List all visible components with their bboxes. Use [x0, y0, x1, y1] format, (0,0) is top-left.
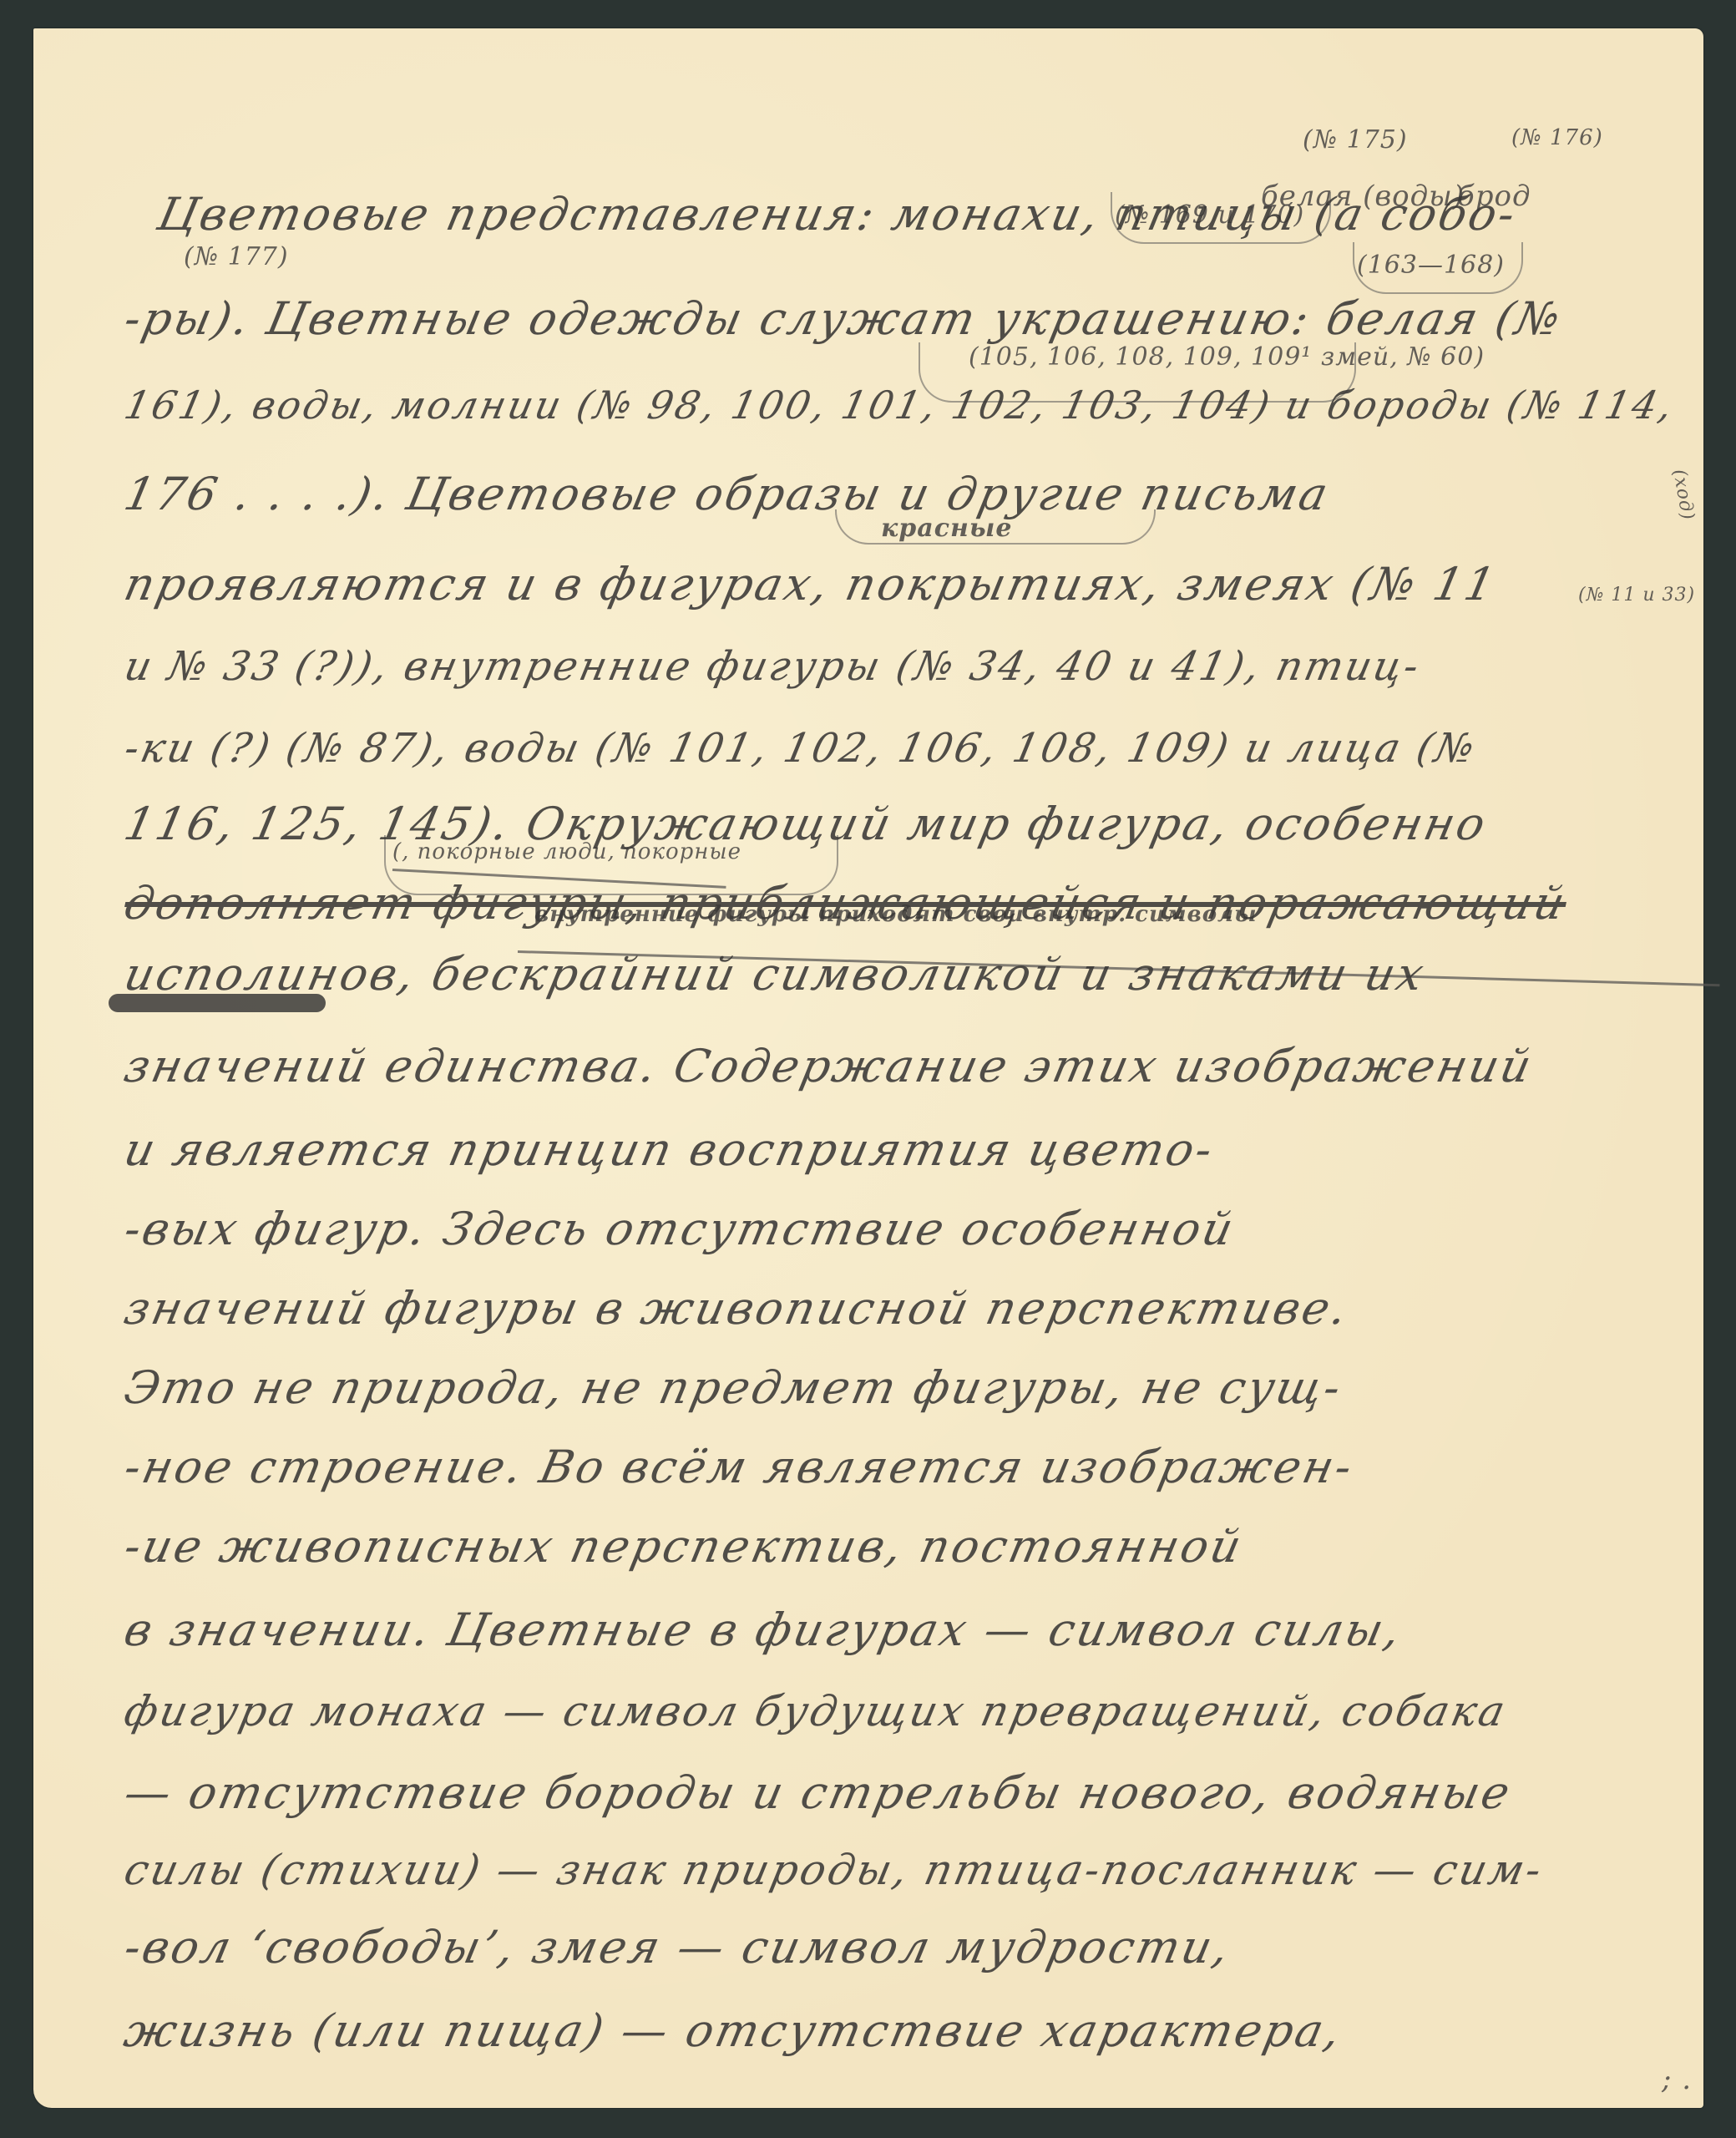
text-line-11: значений единства. Содержание этих изобр… [119, 1040, 1538, 1092]
text-line-3: 161), воды, молнии (№ 98, 100, 101, 102,… [120, 383, 1678, 428]
annotation-11-33: (№ 11 и 33) [1578, 585, 1695, 605]
text-line-2: -ры). Цветные одежды служат украшению: б… [119, 292, 1567, 345]
text-line-7: -ки (?) (№ 87), воды (№ 101, 102, 106, 1… [120, 725, 1480, 772]
text-line-14: значений фигуры в живописной перспективе… [119, 1282, 1354, 1335]
text-line-22: -вол ‘свободы’, змея — символ мудрости, [119, 1921, 1236, 1973]
annotation-175: (№ 175) [1303, 125, 1408, 155]
text-line-5: проявляются и в фигурах, покрытиях, змея… [119, 558, 1501, 610]
bracket-163-168 [1353, 242, 1523, 294]
text-line-15: Это не природа, не предмет фигуры, не су… [119, 1361, 1348, 1414]
annotation-176: (№ 176) [1511, 125, 1603, 150]
text-line-4: 176 . . . .). Цветовые образы и другие п… [119, 468, 1334, 520]
text-line-23: жизнь (или пища) — отсутствие характера, [119, 2004, 1348, 2057]
text-line-12: и является принцип восприятия цвето- [119, 1123, 1219, 1176]
text-line-9: дополняет фигуры, приближающейся и пораж… [119, 877, 1572, 930]
text-line-1: Цветовые представления: монахи, птицы (а… [153, 188, 1522, 241]
text-line-21: силы (стихии) — знак природы, птица-посл… [120, 1846, 1548, 1894]
text-line-20: — отсутствие бороды и стрельбы нового, в… [119, 1766, 1516, 1819]
annotation-end-mark: ; . [1662, 2063, 1692, 2096]
annotation-177: (№ 177) [184, 242, 289, 271]
text-line-19: фигура монаха — символ будущих превращен… [120, 1687, 1511, 1735]
text-line-8: 116, 125, 145). Окружающий мир фигура, о… [119, 798, 1492, 850]
text-line-16: -ное строение. Во всём является изображе… [119, 1441, 1359, 1493]
text-line-18: в значении. Цветные в фигурах — символ с… [119, 1603, 1407, 1656]
text-line-10: исполинов, бескрайний символикой и знака… [119, 948, 1430, 1001]
text-line-6: и № 33 (?)), внутренние фигуры (№ 34, 40… [120, 643, 1425, 690]
text-line-17: -ие живописных перспектив, постоянной [119, 1520, 1248, 1573]
text-line-13: -вых фигур. Здесь отсутствие особенной [119, 1203, 1240, 1255]
